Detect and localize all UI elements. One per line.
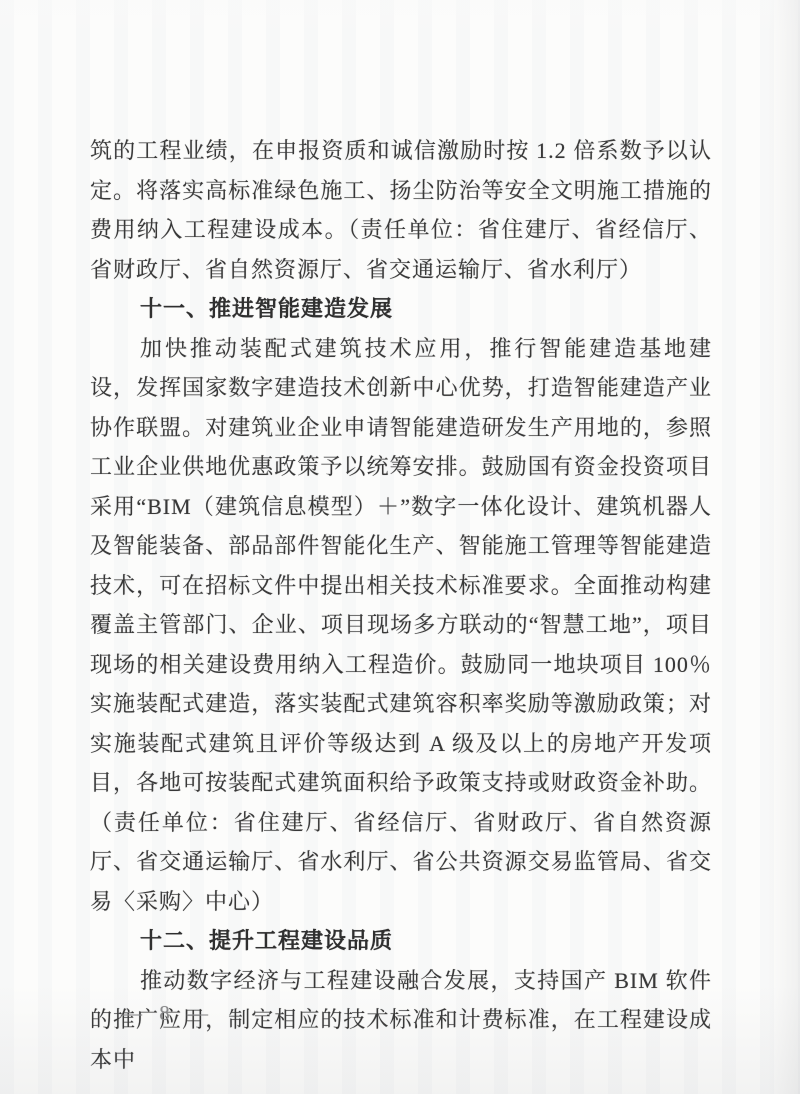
section-11-body-paragraph: 加快推动装配式建筑技术应用，推行智能建造基地建设，发挥国家数字建造技术创新中心优… — [90, 329, 712, 922]
continued-paragraph: 筑的工程业绩，在申报资质和诚信激励时按 1.2 倍系数予以认定。将落实高标准绿色… — [90, 131, 712, 289]
scanned-document-page: 筑的工程业绩，在申报资质和诚信激励时按 1.2 倍系数予以认定。将落实高标准绿色… — [0, 0, 800, 1094]
page-number: — 8 — — [121, 1000, 214, 1026]
section-heading-11: 十一、推进智能建造发展 — [90, 289, 712, 329]
document-text-block: 筑的工程业绩，在申报资质和诚信激励时按 1.2 倍系数予以认定。将落实高标准绿色… — [90, 131, 712, 1079]
section-heading-12: 十二、提升工程建设品质 — [90, 921, 712, 961]
